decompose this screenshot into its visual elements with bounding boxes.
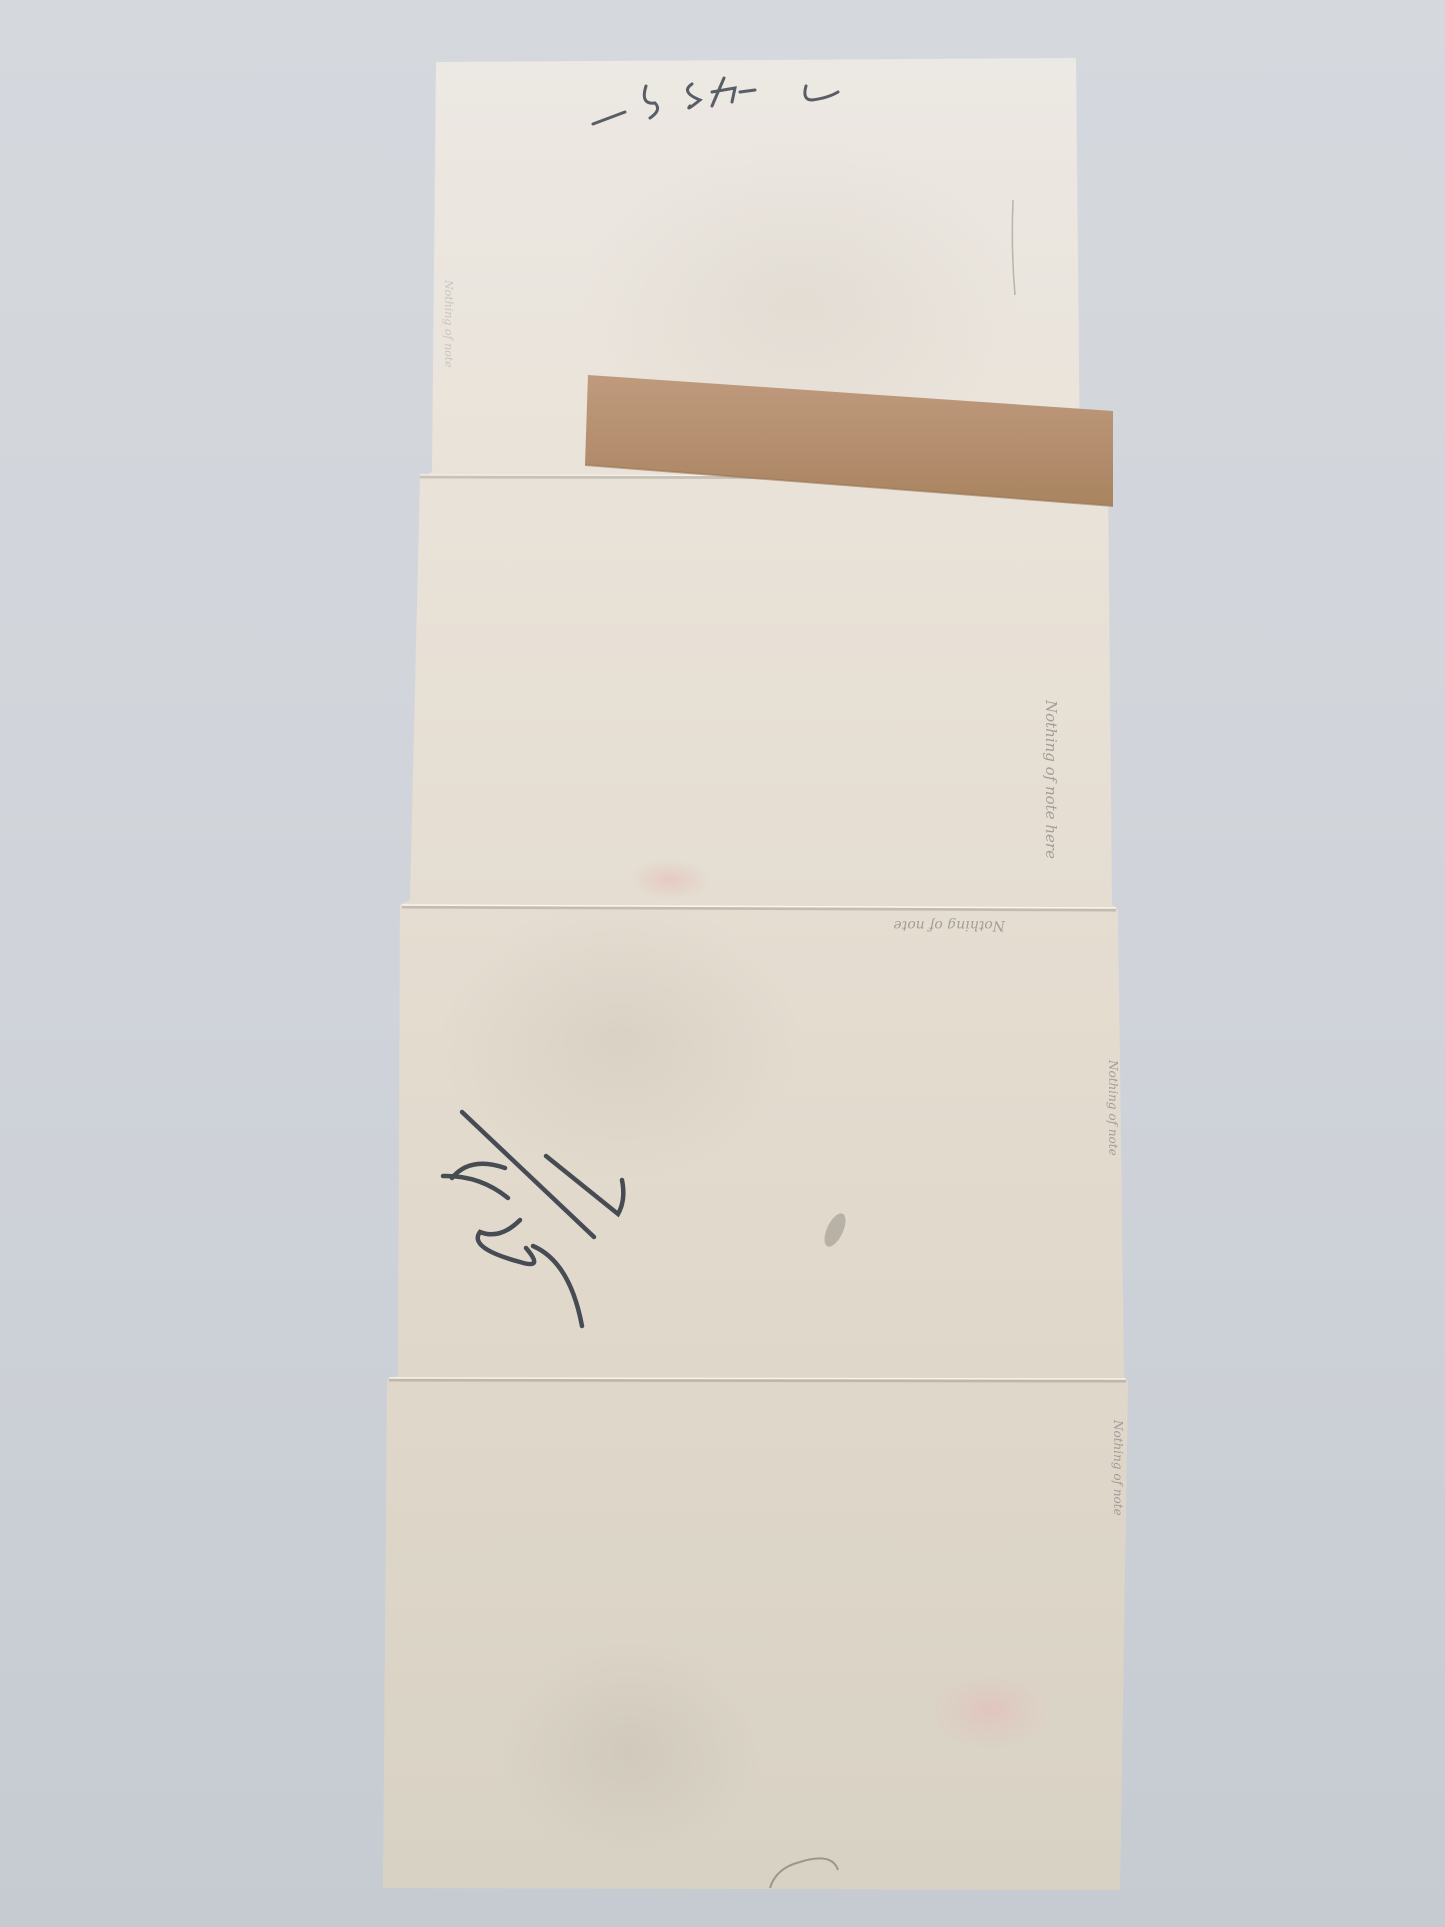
margin-note-panel-2: Nothing of note here <box>1042 700 1060 859</box>
stain <box>930 1670 1050 1750</box>
margin-note-panel-3: Nothing of note <box>1106 1060 1120 1156</box>
paper-document <box>0 0 1445 1927</box>
margin-note-panel-1: Nothing of note <box>442 280 455 368</box>
fold-line <box>389 1380 1126 1381</box>
margin-note-panel-4: Nothing of note <box>1111 1420 1125 1516</box>
fold-line-highlight <box>389 1378 1126 1379</box>
margin-note-fold-2: Nothing of note <box>893 917 1005 933</box>
stain <box>630 860 710 900</box>
stain <box>500 1640 760 1860</box>
